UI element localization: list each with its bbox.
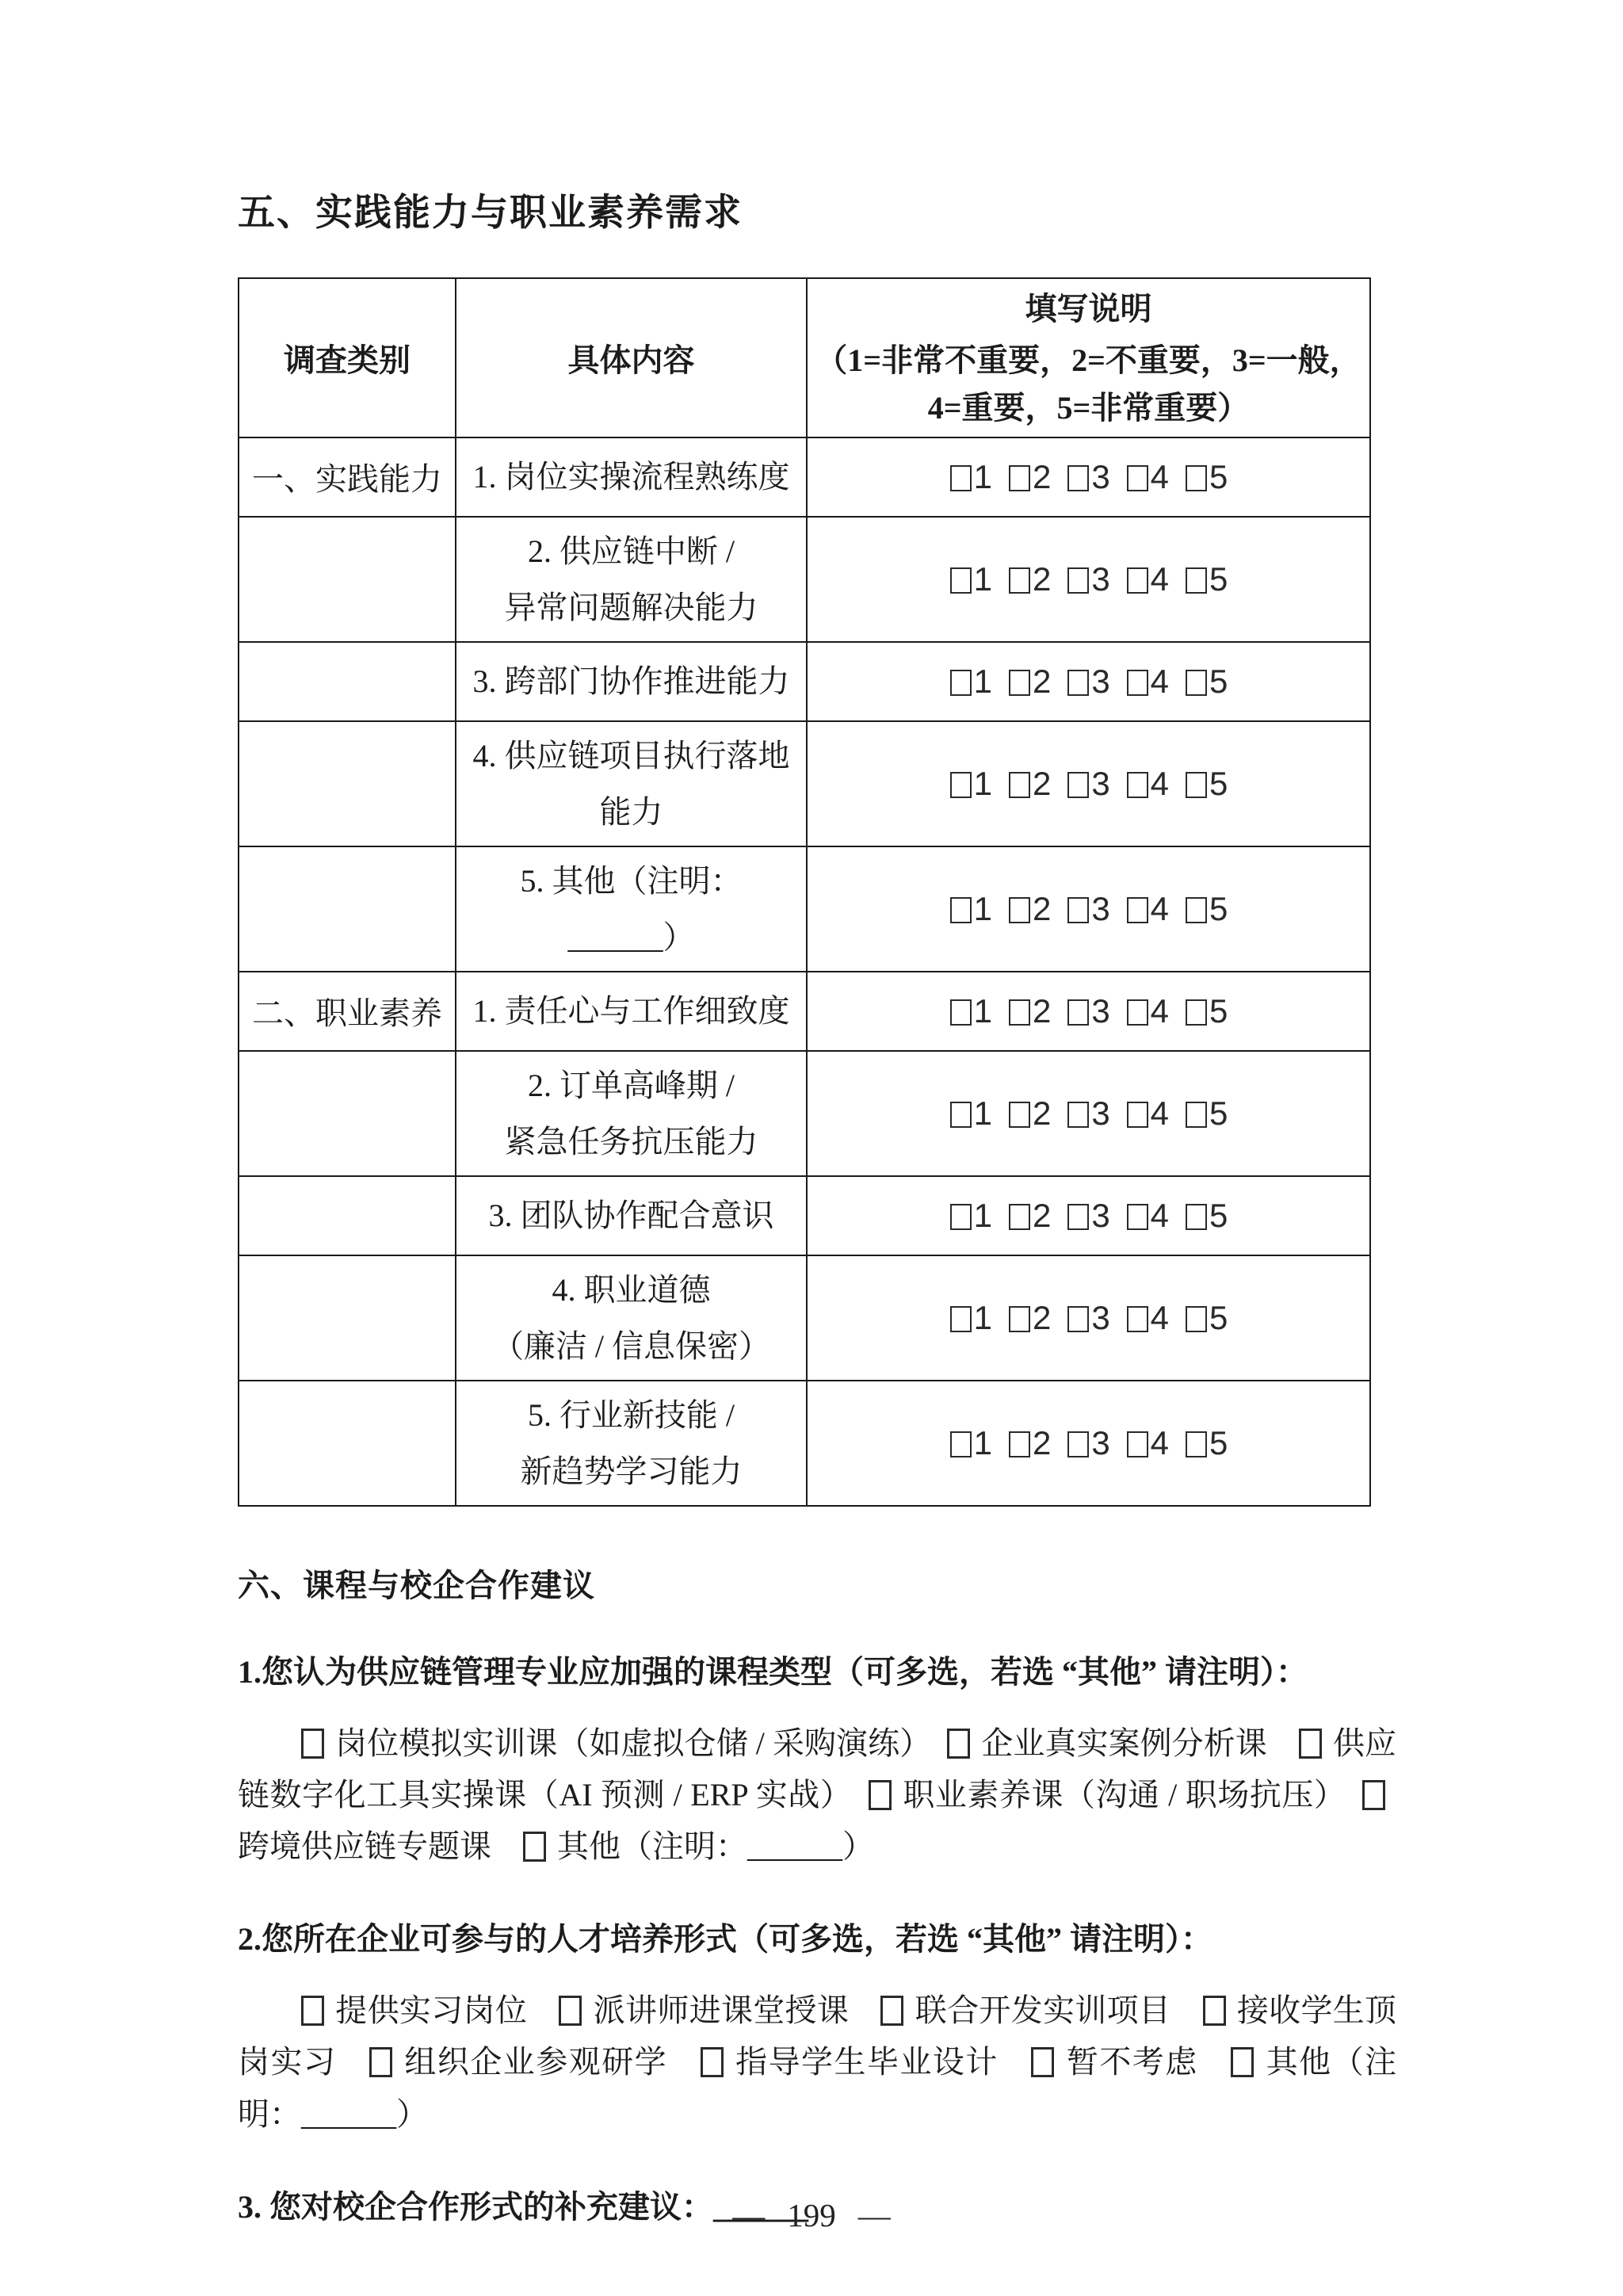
rating-checkbox-3[interactable]: 3 bbox=[1067, 1095, 1109, 1133]
rating-cell: 12345 bbox=[807, 972, 1370, 1051]
rating-cell: 12345 bbox=[807, 1255, 1370, 1381]
rating-cell: 12345 bbox=[807, 517, 1370, 642]
category-cell bbox=[239, 1381, 456, 1506]
content-cell: 1. 岗位实操流程熟练度 bbox=[456, 437, 807, 517]
checkbox-icon bbox=[1067, 772, 1089, 798]
content-line: 2. 供应链中断 / bbox=[464, 523, 798, 579]
checkbox-icon bbox=[1127, 1431, 1148, 1457]
checkbox-icon bbox=[1127, 670, 1148, 696]
rating-number: 1 bbox=[974, 765, 991, 802]
checkbox-icon bbox=[1127, 772, 1148, 798]
table-row: 4. 供应链项目执行落地能力12345 bbox=[239, 721, 1370, 846]
checkbox-icon bbox=[950, 772, 972, 798]
checkbox-icon bbox=[1127, 1306, 1148, 1332]
section5-title: 五、实践能力与职业素养需求 bbox=[238, 193, 1396, 235]
content-line: （廉洁 / 信息保密） bbox=[464, 1318, 798, 1374]
content-line: 能力 bbox=[464, 784, 798, 840]
question-1-options: 岗位模拟实训课（如虚拟仓储 / 采购演练） 企业真实案例分析课 供应链数字化工具… bbox=[238, 1717, 1396, 1873]
content-line: 3. 跨部门协作推进能力 bbox=[464, 653, 798, 709]
survey-table: 调查类别 具体内容 填写说明 （1=非常不重要，2=不重要，3=一般，4=重要，… bbox=[238, 277, 1371, 1507]
table-row: 二、职业素养1. 责任心与工作细致度12345 bbox=[239, 972, 1370, 1051]
rating-checkbox-2[interactable]: 2 bbox=[1009, 1424, 1050, 1462]
rating-checkbox-5[interactable]: 5 bbox=[1186, 1197, 1227, 1235]
document-page: 五、实践能力与职业素养需求 调查类别 具体内容 填写说明 （1=非常不重要，2=… bbox=[0, 0, 1623, 2296]
rating-cell: 12345 bbox=[807, 642, 1370, 721]
category-cell bbox=[239, 721, 456, 846]
rating-checkbox-5[interactable]: 5 bbox=[1186, 458, 1227, 496]
header-instructions-title: 填写说明 bbox=[815, 284, 1361, 329]
rating-checkbox-2[interactable]: 2 bbox=[1009, 1095, 1050, 1133]
rating-checkbox-3[interactable]: 3 bbox=[1067, 1424, 1109, 1462]
checkbox-icon bbox=[1009, 465, 1030, 491]
rating-checkbox-4[interactable]: 4 bbox=[1127, 890, 1168, 928]
rating-number: 1 bbox=[974, 992, 991, 1030]
checkbox-icon bbox=[1186, 1102, 1207, 1128]
rating-checkbox-5[interactable]: 5 bbox=[1186, 1095, 1227, 1133]
checkbox-option[interactable]: 职业素养课（沟通 / 职场抗压） bbox=[869, 1777, 1331, 1813]
checkbox-option[interactable]: 提供实习岗位 bbox=[301, 1992, 527, 2028]
checkbox-icon bbox=[1231, 2047, 1254, 2077]
rating-number: 2 bbox=[1033, 1424, 1050, 1461]
checkbox-icon bbox=[1067, 670, 1089, 696]
checkbox-icon bbox=[1127, 465, 1148, 491]
page-number-dash-right: — bbox=[858, 2197, 891, 2233]
content-line: ______） bbox=[464, 909, 798, 965]
table-row: 4. 职业道德（廉洁 / 信息保密）12345 bbox=[239, 1255, 1370, 1381]
rating-checkbox-4[interactable]: 4 bbox=[1127, 992, 1168, 1030]
rating-checkbox-3[interactable]: 3 bbox=[1067, 1299, 1109, 1337]
checkbox-icon bbox=[1031, 2047, 1054, 2077]
checkbox-option[interactable]: 岗位模拟实训课（如虚拟仓储 / 采购演练） bbox=[301, 1725, 915, 1761]
rating-number: 5 bbox=[1209, 992, 1227, 1030]
checkbox-icon bbox=[1362, 1780, 1385, 1810]
rating-number: 2 bbox=[1033, 890, 1050, 927]
content-line: 5. 行业新技能 / bbox=[464, 1387, 798, 1443]
checkbox-icon bbox=[1186, 772, 1207, 798]
rating-scale: 12345 bbox=[941, 1426, 1236, 1461]
rating-checkbox-4[interactable]: 4 bbox=[1127, 663, 1168, 701]
checkbox-icon bbox=[1299, 1729, 1322, 1759]
header-instructions: 填写说明 （1=非常不重要，2=不重要，3=一般，4=重要，5=非常重要） bbox=[807, 278, 1370, 437]
rating-checkbox-5[interactable]: 5 bbox=[1186, 765, 1227, 803]
rating-checkbox-3[interactable]: 3 bbox=[1067, 765, 1109, 803]
rating-scale: 12345 bbox=[941, 1301, 1236, 1336]
rating-number: 1 bbox=[974, 663, 991, 700]
rating-checkbox-2[interactable]: 2 bbox=[1009, 1197, 1050, 1235]
checkbox-icon bbox=[1009, 1204, 1030, 1230]
checkbox-icon bbox=[559, 1996, 582, 2026]
checkbox-icon bbox=[1009, 567, 1030, 594]
rating-checkbox-1[interactable]: 1 bbox=[950, 890, 991, 928]
table-row: 3. 团队协作配合意识12345 bbox=[239, 1176, 1370, 1255]
rating-checkbox-5[interactable]: 5 bbox=[1186, 560, 1227, 598]
checkbox-option[interactable]: 联合开发实训项目 bbox=[880, 1992, 1170, 2028]
rating-checkbox-3[interactable]: 3 bbox=[1067, 992, 1109, 1030]
rating-checkbox-1[interactable]: 1 bbox=[950, 1424, 991, 1462]
rating-checkbox-1[interactable]: 1 bbox=[950, 1095, 991, 1133]
checkbox-icon bbox=[1186, 670, 1207, 696]
rating-scale: 12345 bbox=[941, 664, 1236, 700]
rating-cell: 12345 bbox=[807, 1176, 1370, 1255]
category-cell: 二、职业素养 bbox=[239, 972, 456, 1051]
rating-cell: 12345 bbox=[807, 1381, 1370, 1506]
checkbox-icon bbox=[950, 897, 972, 923]
rating-checkbox-5[interactable]: 5 bbox=[1186, 890, 1227, 928]
content-cell: 2. 订单高峰期 /紧急任务抗压能力 bbox=[456, 1051, 807, 1176]
checkbox-icon bbox=[1127, 999, 1148, 1026]
rating-number: 4 bbox=[1151, 890, 1168, 927]
category-cell bbox=[239, 1051, 456, 1176]
rating-checkbox-4[interactable]: 4 bbox=[1127, 1424, 1168, 1462]
rating-number: 2 bbox=[1033, 765, 1050, 802]
rating-checkbox-3[interactable]: 3 bbox=[1067, 458, 1109, 496]
category-cell: 一、实践能力 bbox=[239, 437, 456, 517]
checkbox-icon bbox=[1127, 1204, 1148, 1230]
rating-scale: 12345 bbox=[941, 766, 1236, 802]
rating-checkbox-1[interactable]: 1 bbox=[950, 1197, 991, 1235]
rating-number: 3 bbox=[1091, 1095, 1109, 1132]
rating-checkbox-2[interactable]: 2 bbox=[1009, 765, 1050, 803]
rating-number: 2 bbox=[1033, 458, 1050, 495]
table-header-row: 调查类别 具体内容 填写说明 （1=非常不重要，2=不重要，3=一般，4=重要，… bbox=[239, 278, 1370, 437]
rating-number: 5 bbox=[1209, 1095, 1227, 1132]
checkbox-icon bbox=[1067, 465, 1089, 491]
checkbox-icon bbox=[1067, 897, 1089, 923]
rating-number: 5 bbox=[1209, 1299, 1227, 1336]
content-cell: 1. 责任心与工作细致度 bbox=[456, 972, 807, 1051]
content-line: 新趋势学习能力 bbox=[464, 1443, 798, 1499]
table-row: 3. 跨部门协作推进能力12345 bbox=[239, 642, 1370, 721]
rating-scale: 12345 bbox=[941, 1198, 1236, 1234]
checkbox-icon bbox=[1009, 1306, 1030, 1332]
checkbox-icon bbox=[1067, 1102, 1089, 1128]
content-line: 1. 责任心与工作细致度 bbox=[464, 983, 798, 1039]
rating-checkbox-4[interactable]: 4 bbox=[1127, 1095, 1168, 1133]
rating-number: 2 bbox=[1033, 992, 1050, 1030]
checkbox-option[interactable]: 指导学生毕业设计 bbox=[701, 2044, 999, 2080]
checkbox-icon bbox=[1186, 465, 1207, 491]
rating-number: 5 bbox=[1209, 1424, 1227, 1461]
rating-scale: 12345 bbox=[941, 1096, 1236, 1132]
checkbox-icon bbox=[1203, 1996, 1226, 2026]
table-row: 2. 订单高峰期 /紧急任务抗压能力12345 bbox=[239, 1051, 1370, 1176]
checkbox-icon bbox=[1186, 999, 1207, 1026]
rating-checkbox-4[interactable]: 4 bbox=[1127, 765, 1168, 803]
content-cell: 4. 供应链项目执行落地能力 bbox=[456, 721, 807, 846]
rating-number: 3 bbox=[1091, 1299, 1109, 1336]
checkbox-icon bbox=[1127, 1102, 1148, 1128]
rating-checkbox-5[interactable]: 5 bbox=[1186, 992, 1227, 1030]
rating-checkbox-4[interactable]: 4 bbox=[1127, 560, 1168, 598]
content-cell: 3. 跨部门协作推进能力 bbox=[456, 642, 807, 721]
checkbox-icon bbox=[880, 1996, 903, 2026]
rating-number: 1 bbox=[974, 1299, 991, 1336]
checkbox-icon bbox=[1009, 670, 1030, 696]
checkbox-icon bbox=[1009, 772, 1030, 798]
rating-checkbox-3[interactable]: 3 bbox=[1067, 663, 1109, 701]
page-number-dash-left: — bbox=[732, 2197, 765, 2233]
rating-number: 5 bbox=[1209, 663, 1227, 700]
rating-checkbox-1[interactable]: 1 bbox=[950, 1299, 991, 1337]
rating-number: 3 bbox=[1091, 663, 1109, 700]
header-content: 具体内容 bbox=[456, 278, 807, 437]
checkbox-icon bbox=[1067, 1204, 1089, 1230]
rating-number: 1 bbox=[974, 1197, 991, 1234]
rating-number: 4 bbox=[1151, 560, 1168, 598]
category-cell bbox=[239, 1176, 456, 1255]
checkbox-icon bbox=[1186, 1431, 1207, 1457]
content-line: 3. 团队协作配合意识 bbox=[464, 1187, 798, 1244]
content-cell: 5. 行业新技能 /新趋势学习能力 bbox=[456, 1381, 807, 1506]
content-line: 1. 岗位实操流程熟练度 bbox=[464, 449, 798, 505]
rating-checkbox-3[interactable]: 3 bbox=[1067, 1197, 1109, 1235]
checkbox-icon bbox=[950, 465, 972, 491]
header-instructions-note: （1=非常不重要，2=不重要，3=一般，4=重要，5=非常重要） bbox=[815, 337, 1361, 432]
rating-number: 4 bbox=[1151, 1299, 1168, 1336]
question-1-label: 1.您认为供应链管理专业应加强的课程类型（可多选，若选 “其他” 请注明）： bbox=[238, 1648, 1396, 1697]
rating-scale: 12345 bbox=[941, 994, 1236, 1030]
page-content: 五、实践能力与职业素养需求 调查类别 具体内容 填写说明 （1=非常不重要，2=… bbox=[238, 193, 1396, 2232]
rating-number: 5 bbox=[1209, 560, 1227, 598]
rating-number: 3 bbox=[1091, 1197, 1109, 1234]
checkbox-icon bbox=[701, 2047, 724, 2077]
checkbox-icon bbox=[301, 1729, 324, 1759]
checkbox-icon bbox=[1186, 1204, 1207, 1230]
rating-checkbox-2[interactable]: 2 bbox=[1009, 992, 1050, 1030]
rating-number: 4 bbox=[1151, 992, 1168, 1030]
rating-number: 1 bbox=[974, 560, 991, 598]
rating-checkbox-2[interactable]: 2 bbox=[1009, 890, 1050, 928]
rating-checkbox-2[interactable]: 2 bbox=[1009, 663, 1050, 701]
checkbox-icon bbox=[950, 1431, 972, 1457]
rating-checkbox-1[interactable]: 1 bbox=[950, 560, 991, 598]
content-cell: 2. 供应链中断 /异常问题解决能力 bbox=[456, 517, 807, 642]
content-line: 紧急任务抗压能力 bbox=[464, 1114, 798, 1170]
category-cell bbox=[239, 642, 456, 721]
checkbox-icon bbox=[1186, 1306, 1207, 1332]
checkbox-option[interactable]: 其他（注明：______） bbox=[523, 1828, 874, 1864]
checkbox-icon bbox=[950, 567, 972, 594]
rating-number: 3 bbox=[1091, 765, 1109, 802]
checkbox-icon bbox=[950, 1204, 972, 1230]
rating-checkbox-2[interactable]: 2 bbox=[1009, 1299, 1050, 1337]
rating-number: 2 bbox=[1033, 1197, 1050, 1234]
rating-checkbox-2[interactable]: 2 bbox=[1009, 560, 1050, 598]
checkbox-icon bbox=[1186, 897, 1207, 923]
rating-checkbox-5[interactable]: 5 bbox=[1186, 663, 1227, 701]
rating-number: 5 bbox=[1209, 1197, 1227, 1234]
rating-number: 3 bbox=[1091, 992, 1109, 1030]
content-line: 2. 订单高峰期 / bbox=[464, 1057, 798, 1114]
question-2-label: 2.您所在企业可参与的人才培养形式（可多选，若选 “其他” 请注明）： bbox=[238, 1915, 1396, 1964]
rating-checkbox-4[interactable]: 4 bbox=[1127, 458, 1168, 496]
rating-number: 2 bbox=[1033, 1095, 1050, 1132]
checkbox-icon bbox=[301, 1996, 324, 2026]
section6-title: 六、课程与校企合作建议 bbox=[238, 1567, 1396, 1605]
checkbox-icon bbox=[1009, 999, 1030, 1026]
checkbox-option[interactable]: 暂不考虑 bbox=[1031, 2044, 1197, 2080]
rating-number: 5 bbox=[1209, 890, 1227, 927]
checkbox-icon bbox=[950, 999, 972, 1026]
content-line: 4. 职业道德 bbox=[464, 1262, 798, 1318]
checkbox-icon bbox=[1186, 567, 1207, 594]
rating-checkbox-1[interactable]: 1 bbox=[950, 992, 991, 1030]
rating-cell: 12345 bbox=[807, 1051, 1370, 1176]
rating-scale: 12345 bbox=[941, 892, 1236, 927]
rating-checkbox-4[interactable]: 4 bbox=[1127, 1299, 1168, 1337]
rating-checkbox-3[interactable]: 3 bbox=[1067, 560, 1109, 598]
page-number: —199— bbox=[0, 2196, 1623, 2234]
content-line: 4. 供应链项目执行落地 bbox=[464, 728, 798, 784]
checkbox-icon bbox=[1009, 897, 1030, 923]
category-cell bbox=[239, 846, 456, 972]
table-row: 一、实践能力1. 岗位实操流程熟练度12345 bbox=[239, 437, 1370, 517]
rating-number: 1 bbox=[974, 1095, 991, 1132]
content-line: 5. 其他（注明： bbox=[464, 853, 798, 909]
checkbox-icon bbox=[523, 1832, 546, 1862]
checkbox-icon bbox=[369, 2047, 392, 2077]
category-cell bbox=[239, 517, 456, 642]
rating-number: 4 bbox=[1151, 1095, 1168, 1132]
rating-scale: 12345 bbox=[941, 562, 1236, 598]
rating-number: 1 bbox=[974, 1424, 991, 1461]
table-row: 2. 供应链中断 /异常问题解决能力12345 bbox=[239, 517, 1370, 642]
content-cell: 5. 其他（注明：______） bbox=[456, 846, 807, 972]
content-cell: 4. 职业道德（廉洁 / 信息保密） bbox=[456, 1255, 807, 1381]
rating-number: 5 bbox=[1209, 765, 1227, 802]
checkbox-icon bbox=[1067, 999, 1089, 1026]
rating-checkbox-3[interactable]: 3 bbox=[1067, 890, 1109, 928]
rating-number: 2 bbox=[1033, 663, 1050, 700]
rating-checkbox-1[interactable]: 1 bbox=[950, 663, 991, 701]
content-cell: 3. 团队协作配合意识 bbox=[456, 1176, 807, 1255]
rating-number: 3 bbox=[1091, 560, 1109, 598]
rating-number: 1 bbox=[974, 458, 991, 495]
rating-number: 4 bbox=[1151, 458, 1168, 495]
rating-number: 2 bbox=[1033, 1299, 1050, 1336]
rating-checkbox-5[interactable]: 5 bbox=[1186, 1424, 1227, 1462]
table-row: 5. 行业新技能 /新趋势学习能力12345 bbox=[239, 1381, 1370, 1506]
rating-number: 4 bbox=[1151, 1197, 1168, 1234]
rating-number: 4 bbox=[1151, 1424, 1168, 1461]
rating-number: 4 bbox=[1151, 765, 1168, 802]
checkbox-icon bbox=[950, 1102, 972, 1128]
rating-number: 1 bbox=[974, 890, 991, 927]
checkbox-option[interactable]: 组织企业参观研学 bbox=[369, 2044, 667, 2080]
rating-checkbox-4[interactable]: 4 bbox=[1127, 1197, 1168, 1235]
checkbox-icon bbox=[1067, 567, 1089, 594]
header-category: 调查类别 bbox=[239, 278, 456, 437]
rating-cell: 12345 bbox=[807, 846, 1370, 972]
checkbox-icon bbox=[1067, 1431, 1089, 1457]
rating-number: 3 bbox=[1091, 890, 1109, 927]
table-row: 5. 其他（注明：______）12345 bbox=[239, 846, 1370, 972]
question-2-options: 提供实习岗位 派讲师进课堂授课 联合开发实训项目 接收学生顶岗实习 组织企业参观… bbox=[238, 1985, 1396, 2140]
checkbox-icon bbox=[947, 1729, 970, 1759]
rating-checkbox-5[interactable]: 5 bbox=[1186, 1299, 1227, 1337]
checkbox-icon bbox=[869, 1780, 892, 1810]
content-line: 异常问题解决能力 bbox=[464, 579, 798, 636]
checkbox-option[interactable]: 派讲师进课堂授课 bbox=[559, 1992, 849, 2028]
rating-number: 3 bbox=[1091, 458, 1109, 495]
page-number-value: 199 bbox=[787, 2197, 836, 2233]
rating-scale: 12345 bbox=[941, 460, 1236, 495]
rating-number: 5 bbox=[1209, 458, 1227, 495]
rating-cell: 12345 bbox=[807, 437, 1370, 517]
checkbox-icon bbox=[1127, 897, 1148, 923]
rating-number: 4 bbox=[1151, 663, 1168, 700]
checkbox-icon bbox=[1009, 1431, 1030, 1457]
category-cell bbox=[239, 1255, 456, 1381]
rating-number: 3 bbox=[1091, 1424, 1109, 1461]
rating-cell: 12345 bbox=[807, 721, 1370, 846]
checkbox-icon bbox=[1127, 567, 1148, 594]
rating-checkbox-1[interactable]: 1 bbox=[950, 765, 991, 803]
checkbox-icon bbox=[950, 1306, 972, 1332]
checkbox-option[interactable]: 企业真实案例分析课 bbox=[947, 1725, 1267, 1761]
rating-checkbox-2[interactable]: 2 bbox=[1009, 458, 1050, 496]
checkbox-icon bbox=[1067, 1306, 1089, 1332]
rating-checkbox-1[interactable]: 1 bbox=[950, 458, 991, 496]
rating-number: 2 bbox=[1033, 560, 1050, 598]
checkbox-icon bbox=[1009, 1102, 1030, 1128]
checkbox-icon bbox=[950, 670, 972, 696]
